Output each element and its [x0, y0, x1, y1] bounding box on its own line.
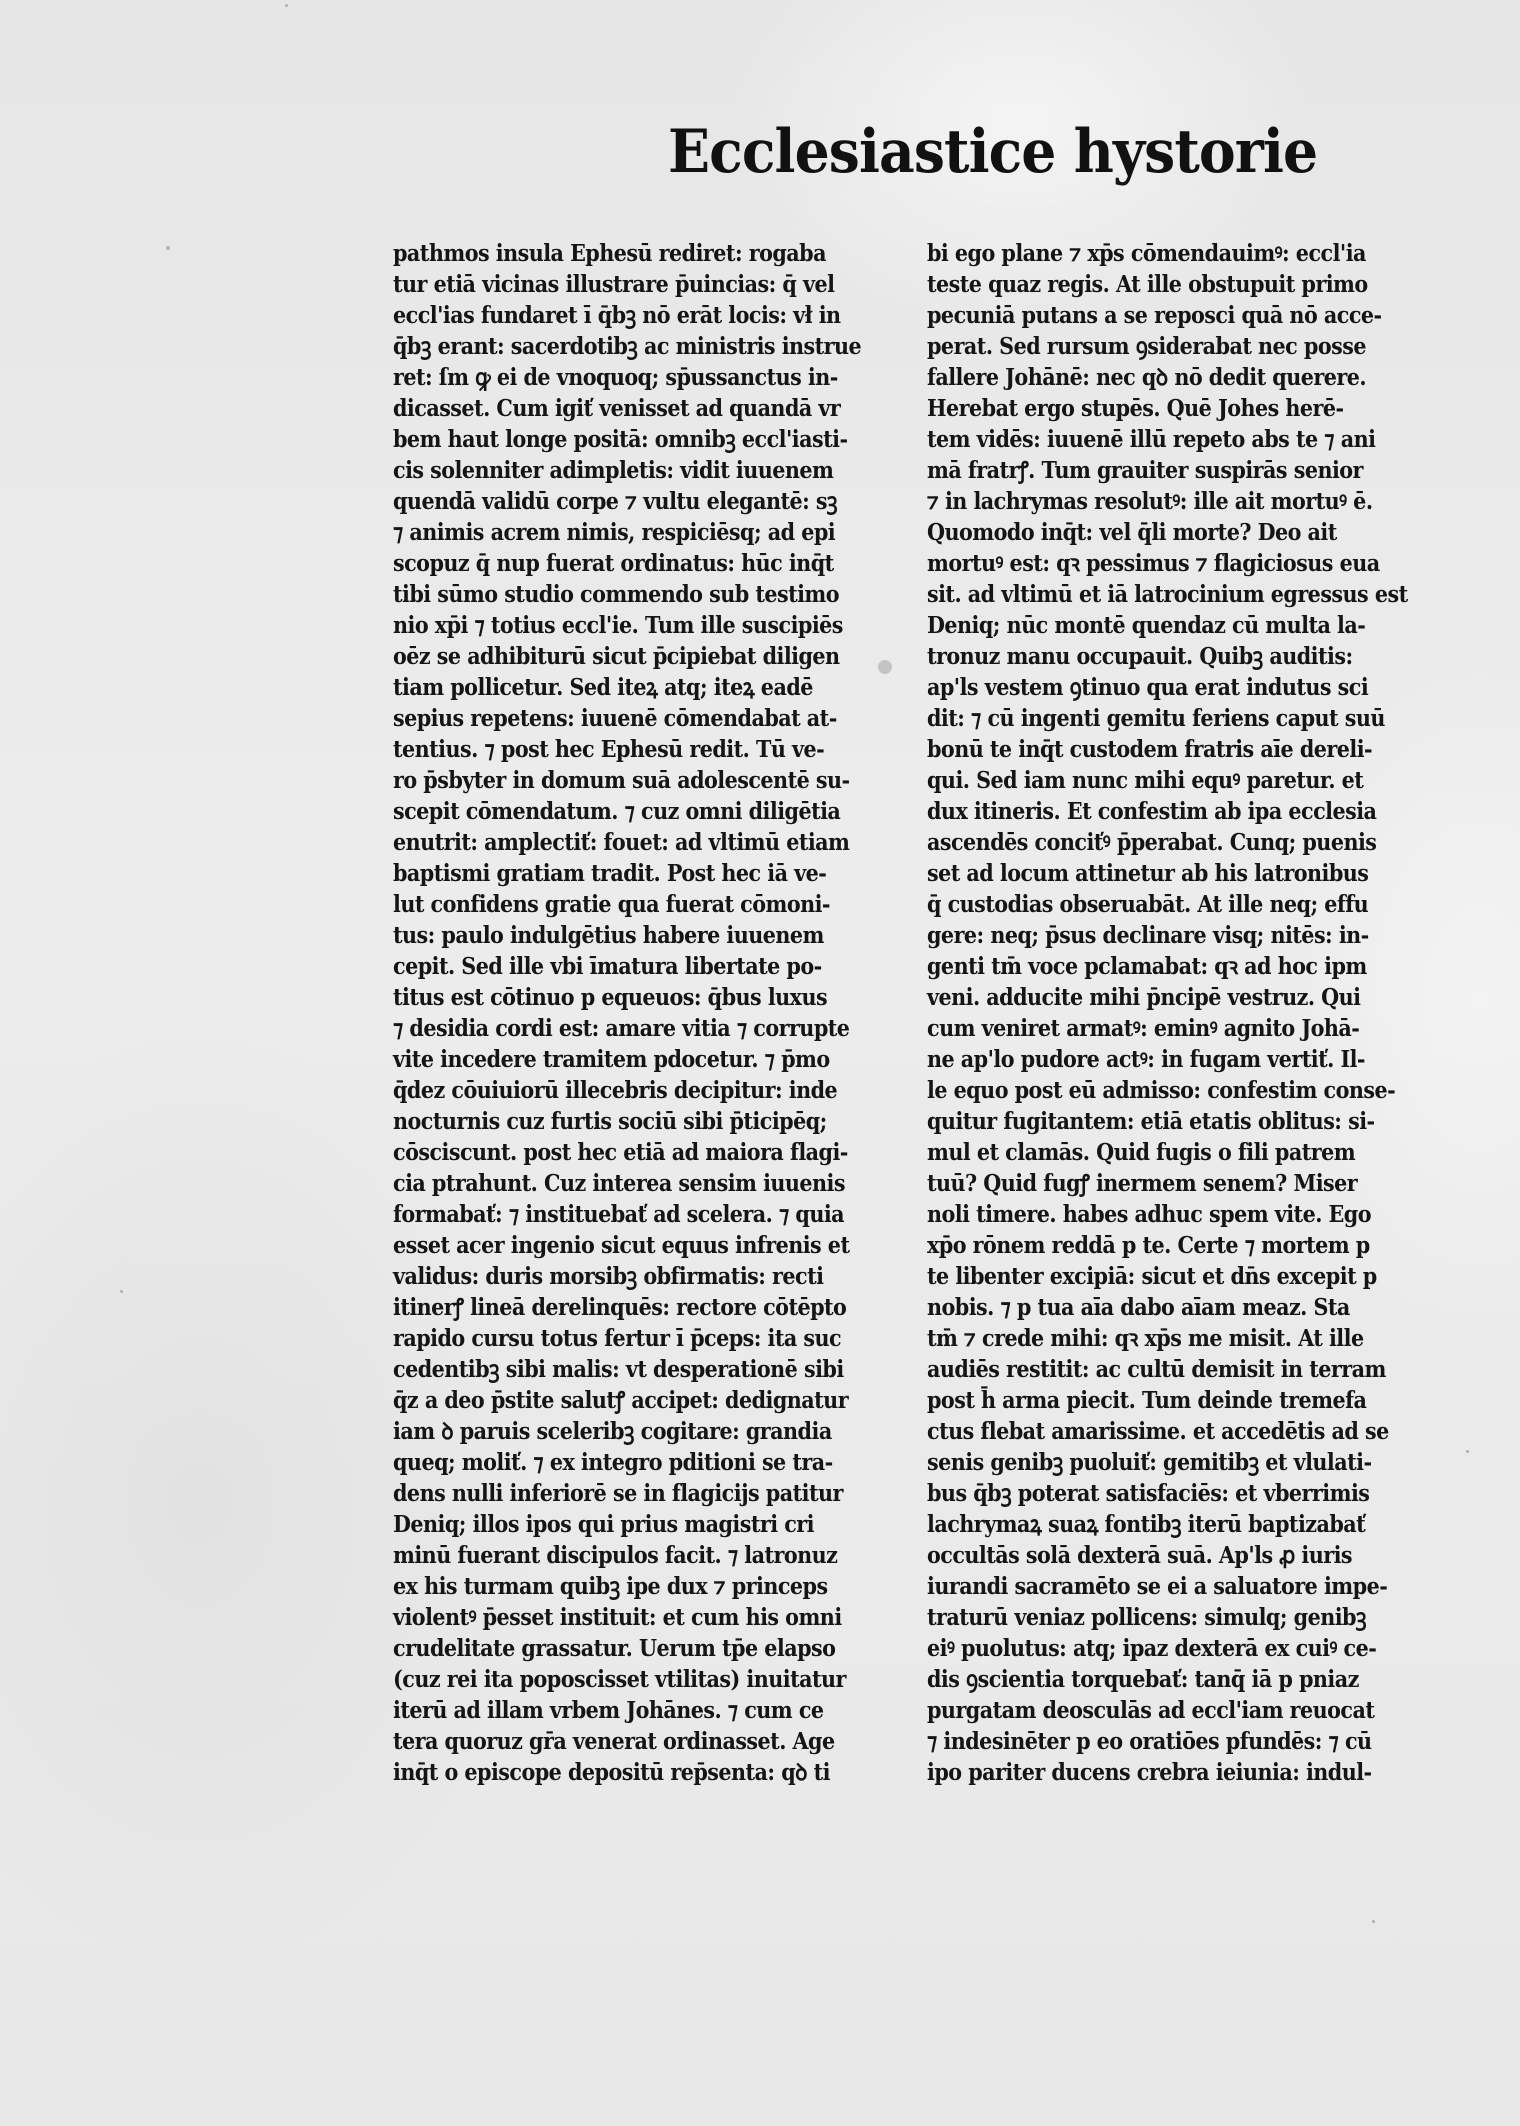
text-line: audiēs restitit: ac cultū demisit in ter…	[927, 1354, 1395, 1385]
text-line: dis ꝯscientia torquebať: tanq̄ iā p pnia…	[927, 1664, 1395, 1695]
text-line: purgatam deosculās ad eccl'iam reuocat	[927, 1695, 1395, 1726]
text-line: ascendēs conciťꝰ p̄perabat. Cunq; puenis	[927, 827, 1395, 858]
text-line: lachrymaꝝ suaꝝ fontibꝫ iterū baptizabať	[927, 1509, 1395, 1540]
text-line: sit. ad vltimū et iā latrocinium egressu…	[927, 579, 1395, 610]
paper-speck	[120, 1290, 123, 1293]
text-line: tera quoruz gr̄a venerat ordinasset. Age	[393, 1726, 861, 1757]
text-line: teste quaz regis. At ille obstupuit prim…	[927, 269, 1395, 300]
text-line: le equo post eū admisso: confestim conse…	[927, 1075, 1395, 1106]
text-line: noli timere. habes adhuc spem vite. Ego	[927, 1199, 1395, 1230]
text-line: iurandi sacramēto se ei a saluatore impe…	[927, 1571, 1395, 1602]
text-line: iam ꝺ paruis sceleribꝫ cogitare: grandia	[393, 1416, 861, 1447]
text-line: tem vidēs: iuuenē illū repeto abs te ⁊ a…	[927, 424, 1395, 455]
text-line: ⁊ in lachrymas resolutꝰ: ille ait mortuꝰ…	[927, 486, 1395, 517]
text-line: tronuz manu occupauit. Quibꝫ auditis:	[927, 641, 1395, 672]
text-line: gere: neq; p̄sus declinare visq; nitēs: …	[927, 920, 1395, 951]
text-line: dens nulli inferiorē se in flagicijs pat…	[393, 1478, 861, 1509]
text-line: titus est cōtinuo p equeuos: q̄bus luxus	[393, 982, 861, 1013]
text-line: nio xp̄i ⁊ totius eccl'ie. Tum ille susc…	[393, 610, 861, 641]
text-line: oēz se adhibiturū sicut p̄cipiebat dilig…	[393, 641, 861, 672]
text-line: tiam pollicetur. Sed iteꝝ atq; iteꝝ eadē	[393, 672, 861, 703]
text-line: fallere Johānē: nec qꝺ nō dedit querere.	[927, 362, 1395, 393]
text-line: Deniq; nūc montē quendaz cū multa la-	[927, 610, 1395, 641]
text-line: eiꝰ puolutus: atq; ipaz dexterā ex cuiꝰ …	[927, 1633, 1395, 1664]
text-line: ⁊ desidia cordi est: amare vitia ⁊ corru…	[393, 1013, 861, 1044]
text-line: traturū veniaz pollicens: simulq; genibꝫ	[927, 1602, 1395, 1633]
text-line: Deniq; illos ipos qui prius magistri cri	[393, 1509, 861, 1540]
text-line: ap'ls vestem ꝯtinuo qua erat indutus sci	[927, 672, 1395, 703]
text-line: ctus flebat amarissime. et accedētis ad …	[927, 1416, 1395, 1447]
text-line: scopuz q̄ nup fuerat ordinatus: hūc inq̄…	[393, 548, 861, 579]
running-head-title: Ecclesiastice hystorie	[668, 112, 1220, 192]
text-line: ne ap'lo pudore actꝰ: in fugam vertiť. I…	[927, 1044, 1395, 1075]
text-line: vite incedere tramitem pdocetur. ⁊ p̄mo	[393, 1044, 861, 1075]
text-line: tentius. ⁊ post hec Ephesū redit. Tū ve-	[393, 734, 861, 765]
text-line: veni. adducite mihi p̄ncipē vestruz. Qui	[927, 982, 1395, 1013]
text-line: rapido cursu totus fertur ī p̄ceps: ita …	[393, 1323, 861, 1354]
text-line: sepius repetens: iuuenē cōmendabat at-	[393, 703, 861, 734]
text-line: q̄bꝫ erant: sacerdotibꝫ ac ministris ins…	[393, 331, 861, 362]
text-line: validus: duris morsibꝫ obfirmatis: recti	[393, 1261, 861, 1292]
text-line: tibi sūmo studio commendo sub testimo	[393, 579, 861, 610]
text-line: itinerꝭ lineā derelinquēs: rectore cōtēp…	[393, 1292, 861, 1323]
paper-speck	[1466, 1450, 1469, 1453]
text-line: dit: ⁊ cū ingenti gemitu feriens caput s…	[927, 703, 1395, 734]
right-text-column: bi ego plane ⁊ xp̄s cōmendauimꝰ: eccl'ia…	[927, 238, 1447, 1788]
text-line: minū fuerant discipulos facit. ⁊ latronu…	[393, 1540, 861, 1571]
text-line: violentꝰ p̄esset instituit: et cum his o…	[393, 1602, 861, 1633]
text-line: baptismi gratiam tradit. Post hec iā ve-	[393, 858, 861, 889]
text-line: occultās solā dexterā suā. Ap'ls ꝓ iuris	[927, 1540, 1395, 1571]
text-line: perat. Sed rursum ꝯsiderabat nec posse	[927, 331, 1395, 362]
text-line: dux itineris. Et confestim ab ipa eccles…	[927, 796, 1395, 827]
text-line: ex his turmam quibꝫ ipe dux ⁊ princeps	[393, 1571, 861, 1602]
text-line: scepit cōmendatum. ⁊ cuz omni diligētia	[393, 796, 861, 827]
text-line: tus: paulo indulgētius habere iuuenem	[393, 920, 861, 951]
text-line: bonū te inq̄t custodem fratris aīe derel…	[927, 734, 1395, 765]
text-line: qui. Sed iam nunc mihi equꝰ paretur. et	[927, 765, 1395, 796]
text-line: dicasset. Cum igiť venisset ad quandā vr	[393, 393, 861, 424]
text-line: ipo pariter ducens crebra ieiunia: indul…	[927, 1757, 1395, 1788]
text-line: ret: ſm ꝙ ei de vnoquoq; sp̄ussanctus in…	[393, 362, 861, 393]
text-line: cepit. Sed ille vbi īmatura libertate po…	[393, 951, 861, 982]
text-line: senis genibꝫ puoluiť: gemitibꝫ et vlulat…	[927, 1447, 1395, 1478]
text-line: inq̄t o episcope depositū rep̄senta: qꝺ …	[393, 1757, 861, 1788]
text-line: cis solenniter adimpletis: vidit iuuenem	[393, 455, 861, 486]
text-line: pecuniā putans a se reposci quā nō acce-	[927, 300, 1395, 331]
text-line: quendā validū corpe ⁊ vultu elegantē: sꝫ	[393, 486, 861, 517]
text-line: bem haut longe positā: omnibꝫ eccl'iasti…	[393, 424, 861, 455]
text-line: mortuꝰ est: qꝛ pessimus ⁊ flagiciosus eu…	[927, 548, 1395, 579]
text-line: nobis. ⁊ p tua aīa dabo aīam meaz. Sta	[927, 1292, 1395, 1323]
text-line: formabať: ⁊ instituebať ad scelera. ⁊ qu…	[393, 1199, 861, 1230]
text-line: queq; moliť. ⁊ ex integro pditioni se tr…	[393, 1447, 861, 1478]
left-text-column: pathmos insula Ephesū rediret: rogaba tu…	[393, 238, 913, 1788]
text-line: te libenter excipiā: sicut et dn̄s excep…	[927, 1261, 1395, 1292]
text-line: xp̄o rōnem reddā p te. Certe ⁊ mortem p	[927, 1230, 1395, 1261]
text-line: nocturnis cuz furtis sociū sibi p̄ticipē…	[393, 1106, 861, 1137]
text-line: cedentibꝫ sibi malis: vt desperationē si…	[393, 1354, 861, 1385]
paper-speck	[1372, 1920, 1375, 1923]
text-line: post h̄ arma piecit. Tum deinde tremefa	[927, 1385, 1395, 1416]
text-line: cōsciscunt. post hec etiā ad maiora flag…	[393, 1137, 861, 1168]
text-line: tur etiā vicinas illustrare p̄uincias: q…	[393, 269, 861, 300]
text-line: ⁊ animis acrem nimis, respiciēsq; ad epi	[393, 517, 861, 548]
text-line: lut confidens gratie qua fuerat cōmoni-	[393, 889, 861, 920]
text-line: mul et clamās. Quid fugis o fili patrem	[927, 1137, 1395, 1168]
text-line: q̄z a deo p̄stite salutꝭ accipet: dedign…	[393, 1385, 861, 1416]
text-line: pathmos insula Ephesū rediret: rogaba	[393, 238, 861, 269]
text-line: Quomodo inq̄t: vel q̄li morte? Deo ait	[927, 517, 1395, 548]
text-line: set ad locum attinetur ab his latronibus	[927, 858, 1395, 889]
text-line: bus q̄bꝫ poterat satisfaciēs: et vberrim…	[927, 1478, 1395, 1509]
text-line: crudelitate grassatur. Uerum tp̄e elapso	[393, 1633, 861, 1664]
text-line: iterū ad illam vrbem Johānes. ⁊ cum ce	[393, 1695, 861, 1726]
text-line: (cuz rei ita poposcisset vtilitas) inuit…	[393, 1664, 861, 1695]
text-line: q̄ custodias obseruabāt. At ille neq; ef…	[927, 889, 1395, 920]
text-line: mā fratrꝭ. Tum grauiter suspirās senior	[927, 455, 1395, 486]
text-line: ⁊ indesinēter p eo oratiōes pfundēs: ⁊ c…	[927, 1726, 1395, 1757]
text-line: genti tm̄ voce pclamabat: qꝛ ad hoc ipm	[927, 951, 1395, 982]
text-line: tm̄ ⁊ crede mihi: qꝛ xp̄s me misit. At i…	[927, 1323, 1395, 1354]
text-line: tuū? Quid fugꝭ inermem senem? Miser	[927, 1168, 1395, 1199]
text-line: cia ptrahunt. Cuz interea sensim iuuenis	[393, 1168, 861, 1199]
text-line: quitur fugitantem: etiā etatis oblitus: …	[927, 1106, 1395, 1137]
text-line: esset acer ingenio sicut equus infrenis …	[393, 1230, 861, 1261]
text-line: Herebat ergo stupēs. Quē Johes herē-	[927, 393, 1395, 424]
text-line: cum veniret armatꝰ: eminꝰ agnito Johā-	[927, 1013, 1395, 1044]
text-line: ro p̄sbyter in domum suā adolescentē su-	[393, 765, 861, 796]
text-line: q̄dez cōuiuiorū illecebris decipitur: in…	[393, 1075, 861, 1106]
paper-speck	[285, 4, 288, 7]
text-line: bi ego plane ⁊ xp̄s cōmendauimꝰ: eccl'ia	[927, 238, 1395, 269]
text-line: eccl'ias fundaret ī q̄bꝫ nō erāt locis: …	[393, 300, 861, 331]
paper-speck	[166, 246, 170, 250]
text-line: enutrit: amplectiť: fouet: ad vltimū eti…	[393, 827, 861, 858]
